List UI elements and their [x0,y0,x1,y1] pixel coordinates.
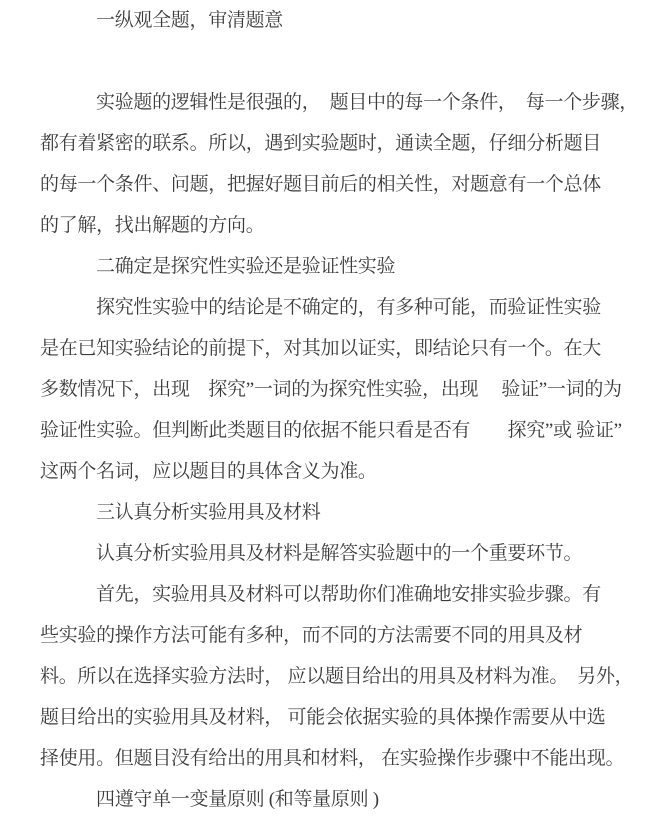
paragraph-line: 是在已知实验结论的前提下，对其加以证实，即结论只有一个。在大 [40,328,626,369]
paragraph-line: 择使用。但题目没有给出的用具和材料， 在实验操作步骤中不能出现。 [40,738,626,779]
heading-section-4: 四遵守单一变量原则 (和等量原则 ) [40,779,626,818]
paragraph-line: 验证性实验。但判断此类题目的依据不能只看是否有 探究”或 验证” [40,410,626,451]
document-page: 一纵观全题，审清题意 实验题的逻辑性是很强的， 题目中的每一个条件， 每一个步骤… [0,0,656,818]
paragraph-line: 探究性实验中的结论是不确定的，有多种可能，而验证性实验 [40,287,626,328]
paragraph-line: 首先，实验用具及材料可以帮助你们准确地安排实验步骤。有 [40,574,626,615]
paragraph-line: 料。所以在选择实验方法时， 应以题目给出的用具及材料为准。 另外， [40,656,626,697]
paragraph-line: 认真分析实验用具及材料是解答实验题中的一个重要环节。 [40,533,626,574]
blank-line [40,41,626,82]
paragraph-line: 题目给出的实验用具及材料， 可能会依据实验的具体操作需要从中选 [40,697,626,738]
paragraph-line: 这两个名词，应以题目的具体含义为准。 [40,451,626,492]
heading-section-2: 二确定是探究性实验还是验证性实验 [40,246,626,287]
heading-section-1: 一纵观全题，审清题意 [40,0,626,41]
heading-section-3: 三认真分析实验用具及材料 [40,492,626,533]
paragraph-line: 些实验的操作方法可能有多种，而不同的方法需要不同的用具及材 [40,615,626,656]
paragraph-line: 都有着紧密的联系。所以，遇到实验题时，通读全题，仔细分析题目 [40,123,626,164]
paragraph-line: 多数情况下，出现 探究”一词的为探究性实验，出现 验证”一词的为 [40,369,626,410]
paragraph-line: 的每一个条件、问题，把握好题目前后的相关性，对题意有一个总体 [40,164,626,205]
paragraph-line: 的了解，找出解题的方向。 [40,205,626,246]
paragraph-line: 实验题的逻辑性是很强的， 题目中的每一个条件， 每一个步骤， [40,82,626,123]
